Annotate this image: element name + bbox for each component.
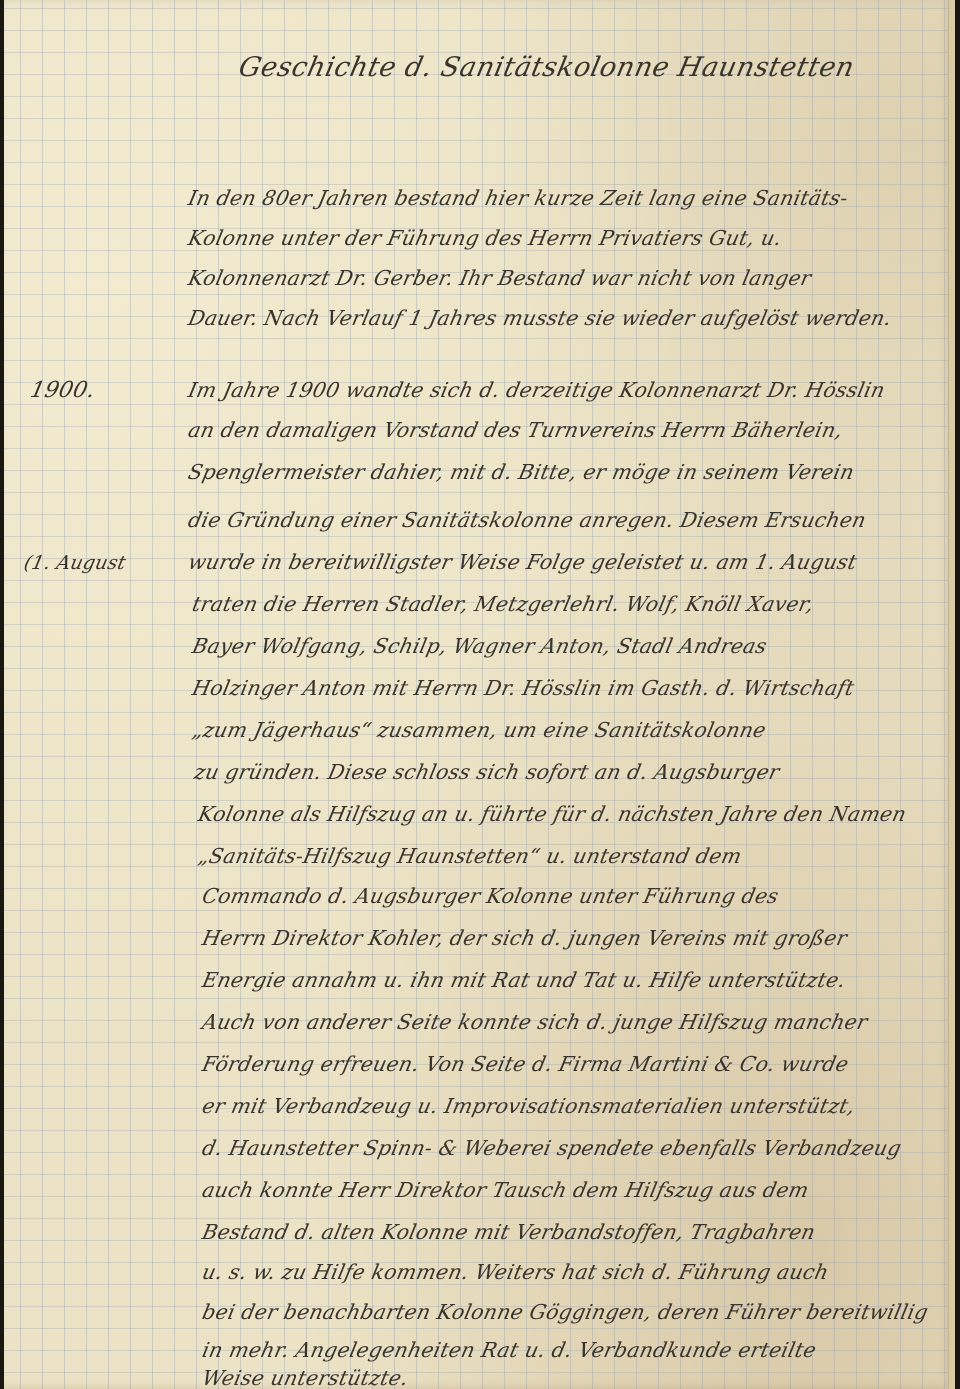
text-line: Bestand d. alten Kolonne mit Verbandstof…	[200, 1220, 818, 1244]
page-title: Geschichte d. Sanitätskolonne Haunstette…	[236, 52, 857, 83]
text-line: traten die Herren Stadler, Metzgerlehrl.…	[190, 592, 816, 616]
text-line: d. Haunstetter Spinn- & Weberei spendete…	[200, 1136, 904, 1160]
text-line: „zum Jägerhaus“ zusammen, um eine Sanitä…	[190, 718, 768, 742]
text-line: Kolonnenarzt Dr. Gerber. Ihr Bestand war…	[186, 266, 814, 290]
text-line: die Gründung einer Sanitätskolonne anreg…	[186, 508, 868, 532]
text-line: Auch von anderer Seite konnte sich d. ju…	[200, 1010, 870, 1034]
text-line: Kolonne unter der Führung des Herrn Priv…	[186, 226, 784, 250]
text-line: er mit Verbandzeug u. Improvisationsmate…	[200, 1094, 857, 1118]
text-line: u. s. w. zu Hilfe kommen. Weiters hat si…	[200, 1260, 831, 1284]
text-line: Im Jahre 1900 wandte sich d. derzeitige …	[186, 378, 887, 402]
text-line: bei der benachbarten Kolonne Göggingen, …	[200, 1300, 931, 1324]
text-line: Dauer. Nach Verlauf 1 Jahres musste sie …	[186, 306, 894, 330]
notebook-page: Geschichte d. Sanitätskolonne Haunstette…	[4, 0, 955, 1389]
text-line: Bayer Wolfgang, Schilp, Wagner Anton, St…	[190, 634, 769, 658]
margin-note-year: 1900.	[28, 378, 97, 403]
text-line: auch konnte Herr Direktor Tausch dem Hil…	[200, 1178, 811, 1202]
text-line: Spenglermeister dahier, mit d. Bitte, er…	[186, 460, 856, 484]
text-line: an den damaligen Vorstand des Turnverein…	[186, 418, 845, 442]
margin-note-date: (1. August	[22, 552, 128, 574]
text-line: Weise unterstützte.	[200, 1366, 411, 1389]
text-line: zu gründen. Diese schloss sich sofort an…	[192, 760, 782, 784]
text-line: Herrn Direktor Kohler, der sich d. junge…	[200, 926, 849, 950]
text-line: Kolonne als Hilfszug an u. führte für d.…	[196, 802, 909, 826]
text-line: Commando d. Augsburger Kolonne unter Füh…	[200, 884, 781, 908]
text-line: Energie annahm u. ihn mit Rat und Tat u.…	[200, 968, 848, 992]
text-line: „Sanitäts-Hilfszug Haunstetten“ u. unter…	[196, 844, 744, 868]
text-line: In den 80er Jahren bestand hier kurze Ze…	[186, 186, 850, 210]
text-line: Holzinger Anton mit Herrn Dr. Hösslin im…	[190, 676, 857, 700]
text-line: in mehr. Angelegenheiten Rat u. d. Verba…	[200, 1338, 819, 1362]
text-line: Förderung erfreuen. Von Seite d. Firma M…	[200, 1052, 851, 1076]
text-line: wurde in bereitwilligster Weise Folge ge…	[186, 550, 859, 574]
